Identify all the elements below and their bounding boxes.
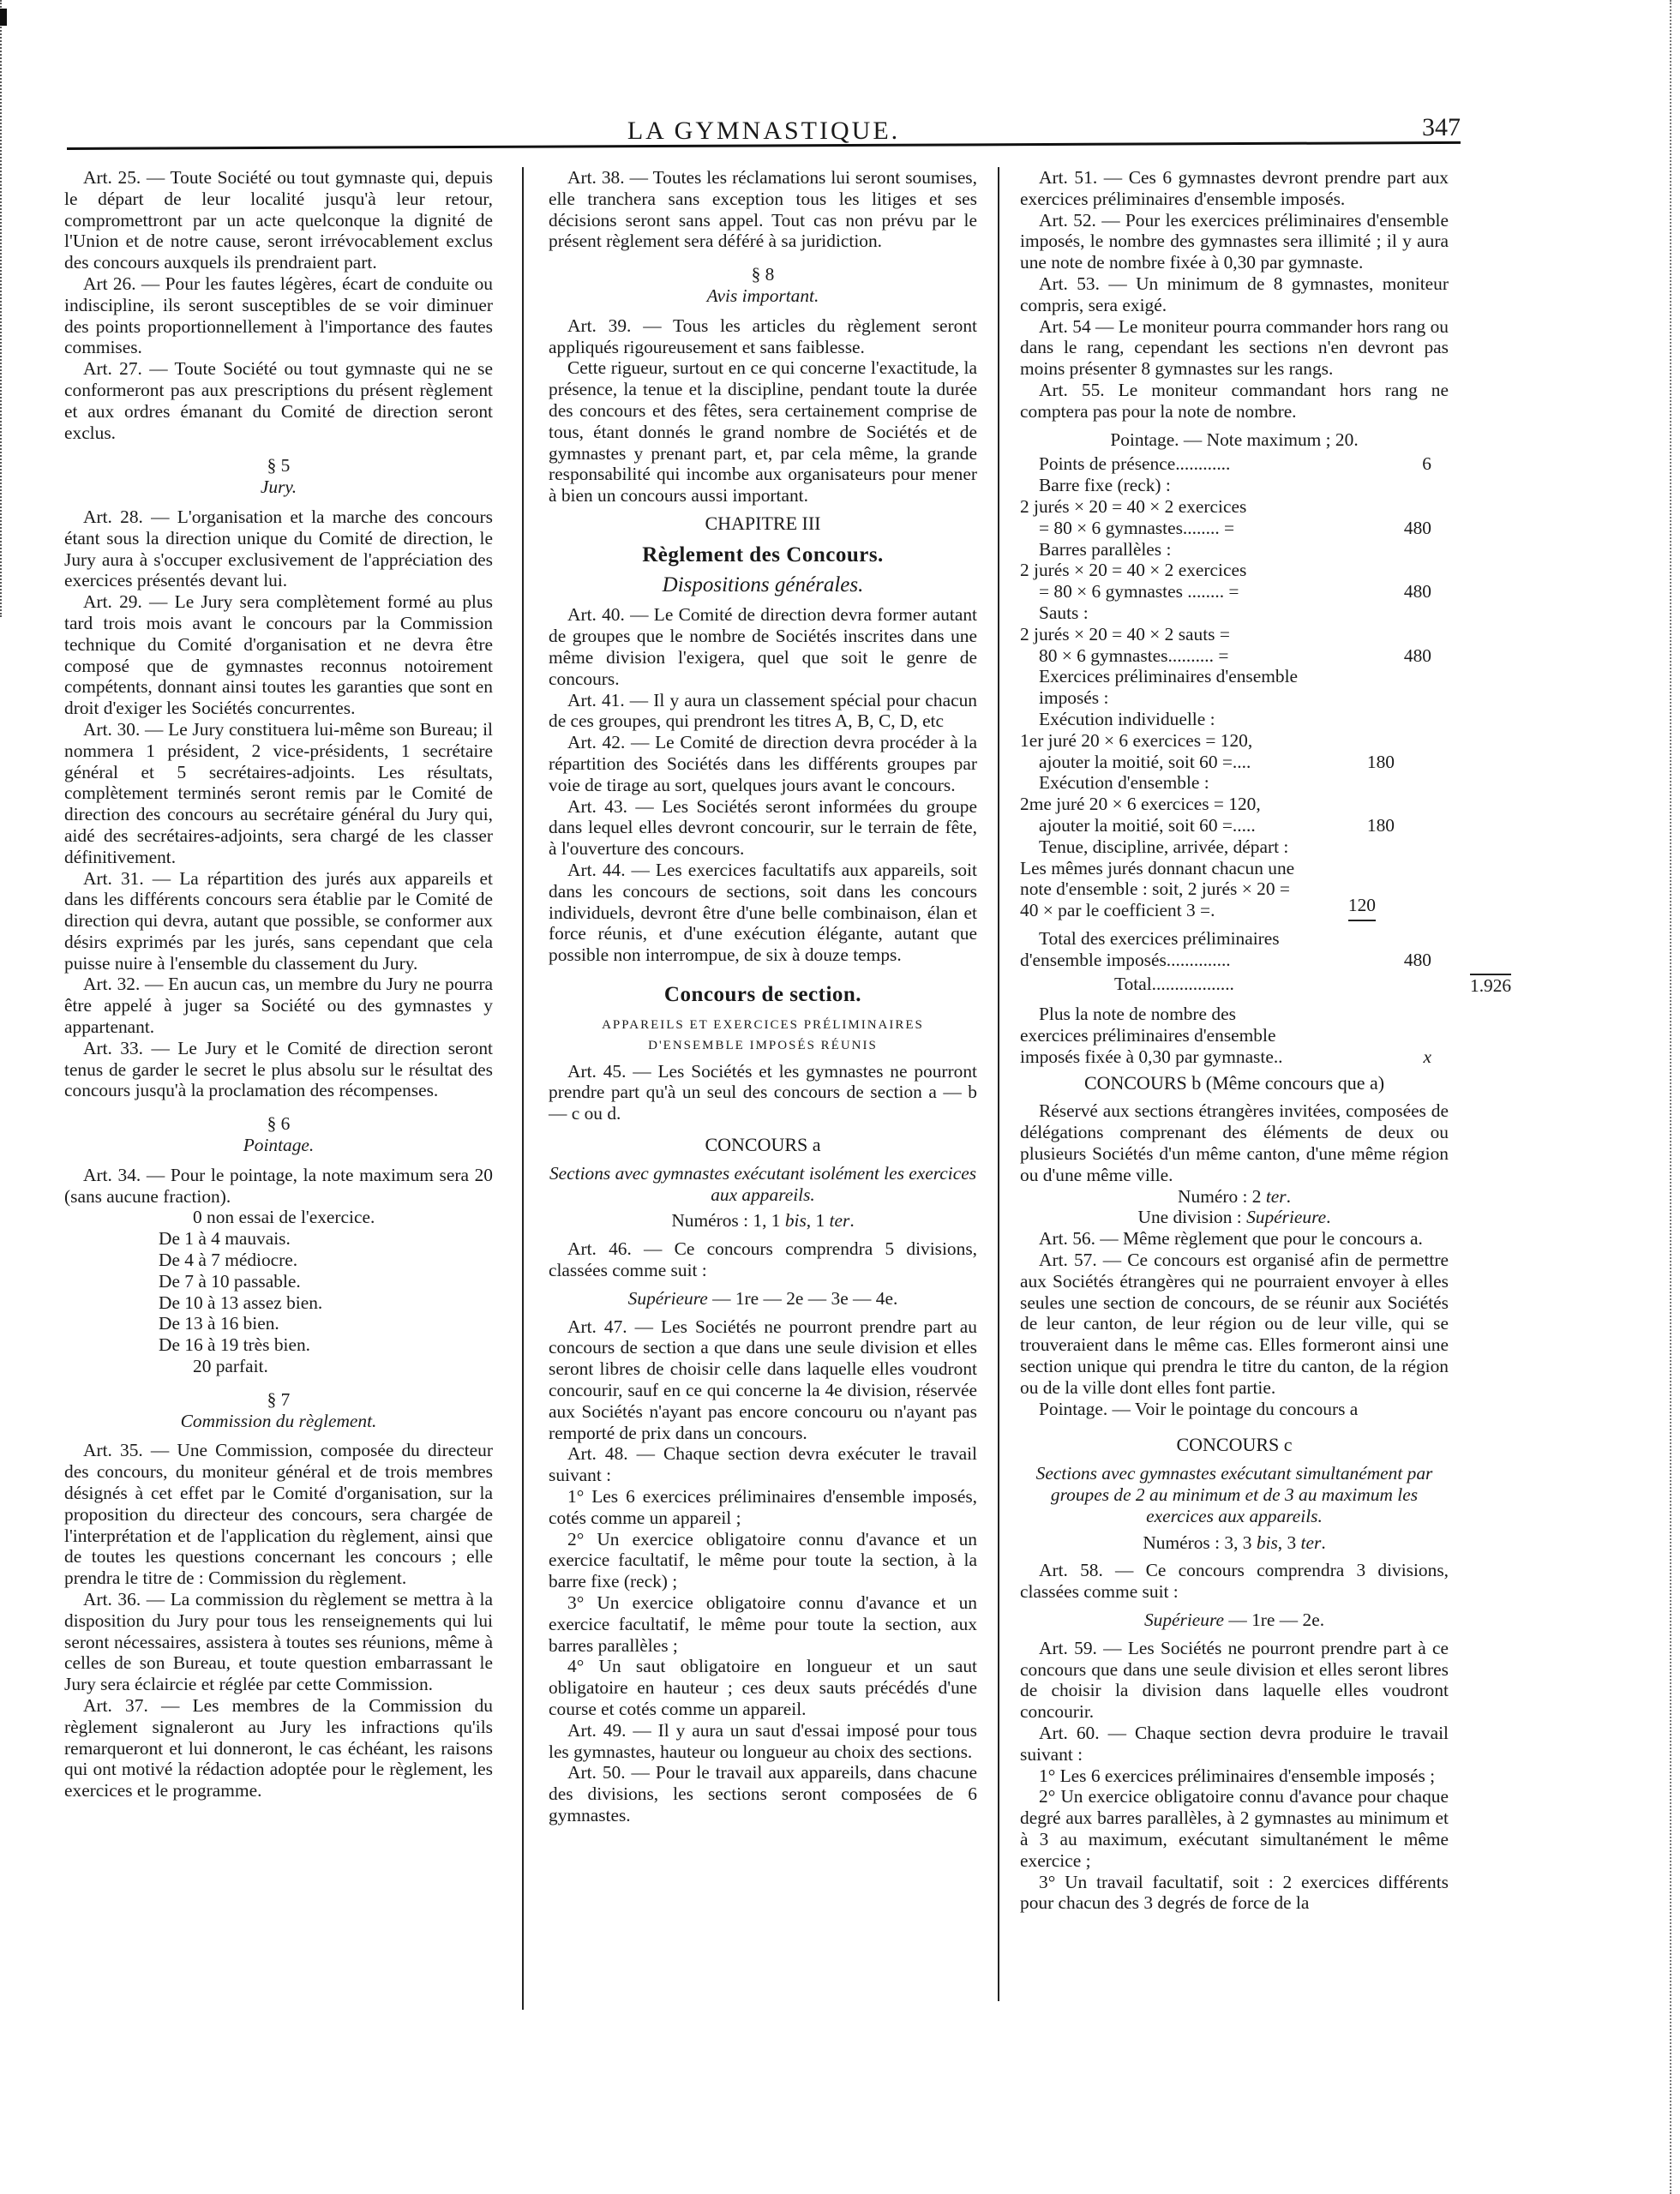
concours-a-numbers: Numéros : 1, 1 bis, 1 ter. [549, 1210, 977, 1232]
division-list: — 1re — 2e. [1224, 1610, 1324, 1630]
numbers-ter: ter [1301, 1532, 1322, 1553]
subheading-line: D'ENSEMBLE IMPOSÉS RÉUNIS [549, 1035, 977, 1056]
article-42: Art. 42. — Le Comité de direction devra … [549, 732, 977, 795]
article-28: Art. 28. — L'organisation et la marche d… [64, 507, 493, 591]
numbers-text: Numéros : 1, 1 [671, 1210, 785, 1231]
division-label: Supérieure [628, 1288, 708, 1309]
section-8-title: Avis important. [549, 285, 977, 307]
concours-a-heading: CONCOURS a [549, 1135, 977, 1156]
article-53: Art. 53. — Un minimum de 8 gymnastes, mo… [1020, 273, 1449, 316]
score-subtotal [1307, 730, 1376, 752]
score-subtotal [1307, 624, 1376, 645]
article-25: Art. 25. — Toute Société ou tout gymnast… [64, 167, 493, 273]
division-label: Supérieure [1246, 1207, 1326, 1227]
grand-total-number: 1.926 [1470, 974, 1511, 997]
article-48-item: 2° Un exercice obligatoire connu d'avanc… [549, 1529, 977, 1592]
article-57: Art. 57. — Ce concours est organisé afin… [1020, 1250, 1449, 1399]
article-37: Art. 37. — Les membres de la Commission … [64, 1695, 493, 1801]
score-subtotal [1307, 560, 1376, 581]
score-subtotal [1326, 772, 1395, 794]
numbers-text: , 3 [1278, 1532, 1301, 1553]
article-38: Art. 38. — Toutes les réclamations lui s… [549, 167, 977, 252]
score-row: 1er juré 20 × 6 exercices = 120, [1020, 730, 1449, 752]
plus-note-value: x [1376, 1046, 1449, 1068]
spacer [1307, 928, 1376, 971]
pointage-b: Pointage. — Voir le pointage du concours… [1020, 1399, 1449, 1420]
score-label: 2me juré 20 × 6 exercices = 120, [1020, 794, 1307, 815]
article-55: Art. 55. Le moniteur commandant hors ran… [1020, 380, 1449, 423]
grand-total-label: Total.................. [1020, 974, 1401, 997]
score-row: 80 × 6 gymnastes.......... =480 [1020, 645, 1449, 667]
article-27: Art. 27. — Toute Société ou tout gymnast… [64, 358, 493, 443]
score-row: 2 jurés × 20 = 40 × 2 sauts = [1020, 624, 1449, 645]
article-49: Art. 49. — Il y aura un saut d'essai imp… [549, 1720, 977, 1763]
concours-c-heading: CONCOURS c [1020, 1435, 1449, 1456]
score-row: Les mêmes jurés donnant chacun une note … [1020, 858, 1449, 921]
division-list: — 1re — 2e — 3e — 4e. [708, 1288, 898, 1309]
article-60: Art. 60. — Chaque section devra produire… [1020, 1723, 1449, 1765]
score-label: 2 jurés × 20 = 40 × 2 exercices [1020, 560, 1307, 581]
score-label: Points de présence............ [1020, 453, 1326, 475]
scale-row: De 16 à 19 très bien. [64, 1334, 493, 1356]
score-row: Barre fixe (reck) : [1020, 475, 1449, 496]
numbers-bis: bis [1257, 1532, 1278, 1553]
total-preliminary-number: 480 [1404, 950, 1431, 970]
subheading-appareils: APPAREILS ET EXERCICES PRÉLIMINAIRES D'E… [549, 1015, 977, 1056]
score-subtotal [1326, 453, 1395, 475]
total-preliminary-row: Total des exercices préliminaires d'ense… [1020, 928, 1449, 971]
score-row: Tenue, discipline, arrivée, départ : [1020, 836, 1449, 858]
article-59: Art. 59. — Les Sociétés ne pourront pren… [1020, 1638, 1449, 1723]
scale-row: De 7 à 10 passable. [64, 1271, 493, 1292]
article-46: Art. 46. — Ce concours comprendra 5 divi… [549, 1238, 977, 1281]
column-divider-2 [998, 167, 999, 2001]
article-26: Art 26. — Pour les fautes légères, écart… [64, 273, 493, 358]
concours-b-division: Une division : Supérieure. [1020, 1207, 1449, 1228]
column-2: Art. 38. — Toutes les réclamations lui s… [549, 167, 977, 1826]
score-subtotal [1307, 496, 1376, 518]
score-row: Exercices préliminaires d'ensemble impos… [1020, 666, 1449, 709]
scale-row: 20 parfait. [64, 1356, 493, 1377]
score-total: 6 [1395, 453, 1449, 475]
plus-note-row: Plus la note de nombre des exercices pré… [1020, 1004, 1449, 1067]
score-row: Barres parallèles : [1020, 539, 1449, 560]
score-label: Exercices préliminaires d'ensemble impos… [1020, 666, 1326, 709]
concours-c-divisions: Supérieure — 1re — 2e. [1020, 1610, 1449, 1631]
subheading-line: APPAREILS ET EXERCICES PRÉLIMINAIRES [549, 1015, 977, 1035]
column-3: Art. 51. — Ces 6 gymnastes devront prend… [1020, 167, 1449, 1914]
scale-row: De 13 à 16 bien. [64, 1313, 493, 1334]
score-subtotal [1326, 581, 1395, 602]
score-row: ajouter la moitié, soit 60 =....180 [1020, 752, 1449, 773]
score-label: Les mêmes jurés donnant chacun une note … [1020, 858, 1307, 921]
article-34: Art. 34. — Pour le pointage, la note max… [64, 1165, 493, 1208]
section-5-mark: § 5 [64, 455, 493, 477]
article-50: Art. 50. — Pour le travail aux appareils… [549, 1762, 977, 1825]
numbers-ter: ter [830, 1210, 850, 1231]
total-preliminary-label: Total des exercices préliminaires d'ense… [1020, 928, 1307, 971]
score-row: = 80 × 6 gymnastes ........ =480 [1020, 581, 1449, 602]
section-7-title: Commission du règlement. [64, 1411, 493, 1432]
score-label: Barre fixe (reck) : [1020, 475, 1326, 496]
concours-a-divisions: Supérieure — 1re — 2e — 3e — 4e. [549, 1288, 977, 1310]
article-60-item: 2° Un exercice obligatoire connu d'avanc… [1020, 1786, 1449, 1871]
division-text: Une division : [1138, 1207, 1247, 1227]
scale-row: De 10 à 13 assez bien. [64, 1292, 493, 1314]
score-row: Exécution individuelle : [1020, 709, 1449, 730]
article-48-item: 3° Un exercice obligatoire connu d'avanc… [549, 1592, 977, 1656]
article-31: Art. 31. — La répartition des jurés aux … [64, 868, 493, 974]
score-label: 80 × 6 gymnastes.......... = [1020, 645, 1326, 667]
scale-row: De 1 à 4 mauvais. [64, 1228, 493, 1250]
article-39-continued: Cette rigueur, surtout en ce qui concern… [549, 357, 977, 507]
scale-row: De 4 à 7 médiocre. [64, 1250, 493, 1271]
article-35: Art. 35. — Une Commission, composée du d… [64, 1440, 493, 1589]
score-subtotal [1326, 518, 1395, 539]
score-label: Tenue, discipline, arrivée, départ : [1020, 836, 1326, 858]
score-subtotal [1326, 602, 1395, 624]
article-40: Art. 40. — Le Comité de direction devra … [549, 604, 977, 689]
grading-scale: 0 non essai de l'exercice. De 1 à 4 mauv… [64, 1207, 493, 1376]
article-60-item: 1° Les 6 exercices préliminaires d'ensem… [1020, 1765, 1449, 1787]
scan-left-edge [0, 0, 5, 617]
number-ter: ter [1266, 1186, 1287, 1207]
score-label: Exécution individuelle : [1020, 709, 1326, 730]
grand-total-row: Total.................. 1.926 [1020, 974, 1449, 997]
score-subtotal [1326, 836, 1395, 858]
chapter-subtitle: Dispositions générales. [549, 575, 977, 596]
chapter-title: Règlement des Concours. [549, 545, 977, 566]
score-subtotal [1326, 539, 1395, 560]
column-divider-1 [522, 167, 524, 2010]
article-43: Art. 43. — Les Sociétés seront informées… [549, 796, 977, 860]
article-32: Art. 32. — En aucun cas, un membre du Ju… [64, 974, 493, 1037]
section-5-title: Jury. [64, 477, 493, 498]
score-label: Exécution d'ensemble : [1020, 772, 1326, 794]
journal-title: LA GYMNASTIQUE. [67, 117, 1461, 146]
numbers-text: Numéros : 3, 3 [1143, 1532, 1257, 1553]
score-row: Exécution d'ensemble : [1020, 772, 1449, 794]
score-label: = 80 × 6 gymnastes........ = [1020, 518, 1326, 539]
concours-c-numbers: Numéros : 3, 3 bis, 3 ter. [1020, 1532, 1449, 1554]
score-row: Sauts : [1020, 602, 1449, 624]
score-label: = 80 × 6 gymnastes ........ = [1020, 581, 1326, 602]
score-subtotal [1326, 645, 1395, 667]
article-52: Art. 52. — Pour les exercices préliminai… [1020, 210, 1449, 273]
scan-right-edge [1670, 0, 1677, 2194]
scan-edge-mark [0, 9, 7, 26]
score-subtotal: 180 [1326, 752, 1395, 773]
spacer [1401, 974, 1470, 997]
score-label: ajouter la moitié, soit 60 =..... [1020, 815, 1326, 836]
score-label: 2 jurés × 20 = 40 × 2 exercices [1020, 496, 1307, 518]
score-subtotal [1326, 475, 1395, 496]
score-row: 2 jurés × 20 = 40 × 2 exercices [1020, 496, 1449, 518]
article-45: Art. 45. — Les Sociétés et les gymnastes… [549, 1061, 977, 1124]
score-total: 480 [1395, 645, 1449, 667]
score-row: = 80 × 6 gymnastes........ =480 [1020, 518, 1449, 539]
score-total: 480 [1395, 581, 1449, 602]
article-41: Art. 41. — Il y aura un classement spéci… [549, 690, 977, 733]
total-preliminary-value: 480 [1376, 950, 1449, 971]
article-48-item: 4° Un saut obligatoire en longueur et un… [549, 1656, 977, 1719]
score-subtotal [1326, 666, 1395, 709]
score-subtotal: 180 [1326, 815, 1395, 836]
numbers-text: , 1 [807, 1210, 830, 1231]
concours-c-description: Sections avec gymnastes exécutant simult… [1020, 1463, 1449, 1526]
plus-note-label: Plus la note de nombre des exercices pré… [1020, 1004, 1307, 1067]
section-heading-concours: Concours de section. [549, 985, 977, 1006]
spacer [1307, 1004, 1376, 1067]
section-8-mark: § 8 [549, 264, 977, 285]
page-number: 347 [1422, 113, 1461, 142]
article-60-item: 3° Un travail facultatif, soit : 2 exerc… [1020, 1872, 1449, 1915]
article-29: Art. 29. — Le Jury sera complètement for… [64, 591, 493, 719]
score-label: Barres parallèles : [1020, 539, 1326, 560]
pointage-heading: Pointage. — Note maximum ; 20. [1020, 429, 1449, 451]
concours-b-description: Réservé aux sections étrangères invitées… [1020, 1100, 1449, 1185]
score-label: Sauts : [1020, 602, 1326, 624]
chapter-heading: CHAPITRE III [549, 513, 977, 535]
article-48: Art. 48. — Chaque section devra exécuter… [549, 1443, 977, 1486]
article-36: Art. 36. — La commission du règlement se… [64, 1589, 493, 1695]
score-subtotal [1307, 794, 1376, 815]
numbers-bis: bis [785, 1210, 807, 1231]
scale-row: 0 non essai de l'exercice. [64, 1207, 493, 1228]
article-44: Art. 44. — Les exercices facultatifs aux… [549, 860, 977, 966]
article-48-item: 1° Les 6 exercices préliminaires d'ensem… [549, 1486, 977, 1529]
article-56: Art. 56. — Même règlement que pour le co… [1020, 1228, 1449, 1250]
article-47: Art. 47. — Les Sociétés ne pourront pren… [549, 1316, 977, 1444]
scoring-table: Points de présence............6Barre fix… [1020, 453, 1449, 921]
score-subtotal: 120 [1307, 895, 1376, 921]
concours-a-description: Sections avec gymnastes exécutant isolém… [549, 1163, 977, 1206]
score-row: Points de présence............6 [1020, 453, 1449, 475]
article-54: Art. 54 — Le moniteur pourra commander h… [1020, 316, 1449, 380]
section-6-title: Pointage. [64, 1135, 493, 1156]
section-7-mark: § 7 [64, 1389, 493, 1411]
number-text: Numéro : 2 [1178, 1186, 1266, 1207]
score-total: 480 [1395, 518, 1449, 539]
concours-b-number: Numéro : 2 ter. [1020, 1186, 1449, 1208]
article-39: Art. 39. — Tous les articles du règlemen… [549, 315, 977, 358]
concours-b-heading: CONCOURS b (Même concours que a) [1020, 1073, 1449, 1094]
score-label: 2 jurés × 20 = 40 × 2 sauts = [1020, 624, 1307, 645]
score-row: ajouter la moitié, soit 60 =.....180 [1020, 815, 1449, 836]
score-subtotal [1326, 709, 1395, 730]
article-51: Art. 51. — Ces 6 gymnastes devront prend… [1020, 167, 1449, 210]
article-58: Art. 58. — Ce concours comprendra 3 divi… [1020, 1560, 1449, 1603]
article-33: Art. 33. — Le Jury et le Comité de direc… [64, 1038, 493, 1101]
score-row: 2 jurés × 20 = 40 × 2 exercices [1020, 560, 1449, 581]
division-label: Supérieure [1144, 1610, 1224, 1630]
article-30: Art. 30. — Le Jury constituera lui-même … [64, 719, 493, 868]
grand-total-value: 1.926 [1470, 974, 1528, 997]
score-label: 1er juré 20 × 6 exercices = 120, [1020, 730, 1307, 752]
section-6-mark: § 6 [64, 1113, 493, 1135]
score-row: 2me juré 20 × 6 exercices = 120, [1020, 794, 1449, 815]
column-1: Art. 25. — Toute Société ou tout gymnast… [64, 167, 493, 1801]
score-label: ajouter la moitié, soit 60 =.... [1020, 752, 1326, 773]
